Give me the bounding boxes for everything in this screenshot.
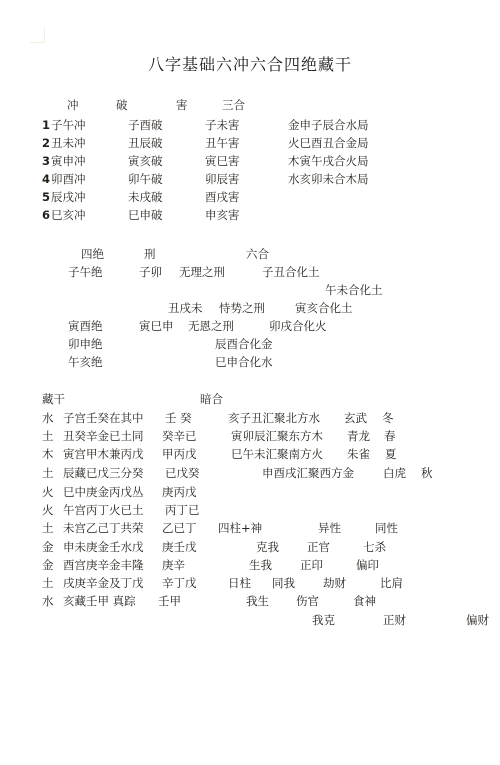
- element-cell: 火: [42, 503, 54, 517]
- shishen-header-yixing: 异性: [318, 521, 341, 535]
- shishen-b: 比肩: [380, 576, 403, 590]
- po-cell: 未戌破: [128, 190, 163, 204]
- header-anhe: 暗合: [200, 392, 223, 406]
- sanhe-cell: 水亥卯未合木局: [288, 172, 369, 186]
- element-cell: 土: [42, 429, 54, 443]
- row-number: 3: [42, 154, 50, 168]
- shishen-a: 正财: [383, 613, 406, 627]
- fangju-season: 冬: [382, 411, 394, 425]
- xing-name: 恃势之刑: [219, 301, 265, 315]
- sijue-item: 午亥绝: [68, 355, 103, 369]
- header-chong: 冲: [67, 98, 79, 112]
- fangju-text: 寅卯辰汇聚东方木: [231, 429, 323, 443]
- element-cell: 土: [42, 576, 54, 590]
- hai-cell: 丑午害: [205, 136, 240, 150]
- element-cell: 金: [42, 540, 54, 554]
- shishen-rel: 日柱: [228, 576, 251, 590]
- element-cell: 水: [42, 594, 54, 608]
- fangju-season: 秋: [421, 466, 433, 480]
- hai-cell: 子未害: [205, 118, 240, 132]
- fangju-beast: 白虎: [383, 466, 406, 480]
- sanhe-cell: 金申子辰合水局: [288, 118, 369, 132]
- header-po: 破: [116, 98, 128, 112]
- shishen-rel: 生我: [249, 558, 272, 572]
- liuhe-item: 卯戌合化火: [269, 319, 327, 333]
- po-cell: 巳申破: [128, 208, 163, 222]
- fangju-season: 夏: [385, 447, 397, 461]
- liuhe-item: 辰酉合化金: [215, 337, 273, 351]
- shishen-mid: 同我: [272, 576, 295, 590]
- shishen-rel: 我生: [246, 594, 269, 608]
- verse-cell: 戌庚辛金及丁戊: [63, 576, 144, 590]
- chong-cell: 子午冲: [51, 118, 86, 132]
- hai-cell: 寅巳害: [205, 154, 240, 168]
- chong-cell: 寅申冲: [51, 154, 86, 168]
- verse-cell: 申未庚金壬水戊: [63, 540, 144, 554]
- verse-cell: 寅宫甲木兼丙戊: [63, 447, 144, 461]
- row-number: 2: [42, 136, 50, 150]
- po-cell: 子酉破: [128, 118, 163, 132]
- verse-cell: 午宫丙丁火已土: [63, 503, 144, 517]
- element-cell: 水: [42, 411, 54, 425]
- xing-name: 无恩之刑: [188, 319, 234, 333]
- stems-cell: 壬甲: [158, 594, 181, 608]
- fangju-text: 巳午未汇聚南方火: [231, 447, 323, 461]
- element-cell: 土: [42, 521, 54, 535]
- shishen-a: 正印: [300, 558, 323, 572]
- hai-cell: 酉戌害: [205, 190, 240, 204]
- stems-cell: 癸辛已: [162, 429, 197, 443]
- header-sanhe: 三合: [222, 98, 245, 112]
- shishen-b: 偏财: [466, 613, 489, 627]
- chong-cell: 卯酉冲: [51, 172, 86, 186]
- header-canggan: 藏干: [42, 392, 65, 406]
- hai-cell: 卯辰害: [205, 172, 240, 186]
- verse-cell: 辰藏已戊三分癸: [63, 466, 144, 480]
- element-cell: 火: [42, 485, 54, 499]
- verse-cell: 子宫壬癸在其中: [63, 411, 144, 425]
- fangju-text: 申酉戌汇聚西方金: [262, 466, 354, 480]
- xing-pair: 丑戌未: [168, 301, 203, 315]
- fangju-beast: 朱雀: [347, 447, 370, 461]
- verse-cell: 巳中庚金丙戊丛: [63, 485, 144, 499]
- stems-cell: 庚辛: [162, 558, 185, 572]
- shishen-rel: 我克: [312, 613, 335, 627]
- stems-cell: 乙已丁: [162, 521, 197, 535]
- page-title: 八字基础六冲六合四绝藏干: [0, 52, 500, 75]
- shishen-rel: 克我: [256, 540, 279, 554]
- fangju-season: 春: [384, 429, 396, 443]
- po-cell: 卯午破: [128, 172, 163, 186]
- chong-cell: 辰戌冲: [51, 190, 86, 204]
- fangju-text: 亥子丑汇聚北方水: [228, 411, 320, 425]
- verse-cell: 未宫乙己丁共荣: [63, 521, 144, 535]
- sanhe-cell: 木寅午戌合火局: [288, 154, 369, 168]
- shishen-header-label: 四柱+神: [218, 521, 262, 535]
- po-cell: 丑辰破: [128, 136, 163, 150]
- stems-cell: 庚丙戊: [162, 485, 197, 499]
- liuhe-item: 寅亥合化土: [295, 301, 353, 315]
- corner-mark: [30, 28, 45, 43]
- liuhe-item: 子丑合化土: [262, 265, 320, 279]
- stems-cell: 庚壬戊: [162, 540, 197, 554]
- liuhe-item: 午未合化土: [325, 283, 383, 297]
- chong-cell: 丑未冲: [51, 136, 86, 150]
- shishen-a: 伤官: [296, 594, 319, 608]
- row-number: 1: [42, 118, 50, 132]
- xing-name: 无理之刑: [179, 265, 225, 279]
- shishen-a: 劫财: [323, 576, 346, 590]
- shishen-b: 偏印: [356, 558, 379, 572]
- fangju-beast: 青龙: [347, 429, 370, 443]
- element-cell: 金: [42, 558, 54, 572]
- fangju-beast: 玄武: [344, 411, 367, 425]
- row-number: 5: [42, 190, 50, 204]
- verse-cell: 亥藏壬甲 真踪: [63, 594, 136, 608]
- stems-cell: 已戊癸: [165, 466, 200, 480]
- row-number: 4: [42, 172, 50, 186]
- stems-cell: 甲丙戊: [162, 447, 197, 461]
- stems-cell: 壬 癸: [165, 411, 192, 425]
- header-xing: 刑: [144, 247, 156, 261]
- element-cell: 木: [42, 447, 54, 461]
- chong-cell: 巳亥冲: [51, 208, 86, 222]
- shishen-header-tongxing: 同性: [375, 521, 398, 535]
- header-liuhe: 六合: [246, 247, 269, 261]
- header-hai: 害: [176, 98, 188, 112]
- sijue-item: 子午绝: [68, 265, 103, 279]
- shishen-b: 七杀: [363, 540, 386, 554]
- sijue-item: 卯申绝: [68, 337, 103, 351]
- stems-cell: 丙丁已: [165, 503, 200, 517]
- hai-cell: 申亥害: [205, 208, 240, 222]
- header-sijue: 四绝: [81, 247, 104, 261]
- xing-pair: 子卯: [139, 265, 162, 279]
- shishen-b: 食神: [353, 594, 376, 608]
- po-cell: 寅亥破: [128, 154, 163, 168]
- stems-cell: 辛丁戊: [162, 576, 197, 590]
- shishen-a: 正官: [307, 540, 330, 554]
- sijue-item: 寅酉绝: [68, 319, 103, 333]
- sanhe-cell: 火巳酉丑合金局: [288, 136, 369, 150]
- verse-cell: 丑癸辛金已土同: [63, 429, 144, 443]
- row-number: 6: [42, 208, 50, 222]
- xing-pair: 寅巳申: [139, 319, 174, 333]
- verse-cell: 酉宫庚辛金丰隆: [63, 558, 144, 572]
- liuhe-item: 巳申合化水: [215, 355, 273, 369]
- element-cell: 土: [42, 466, 54, 480]
